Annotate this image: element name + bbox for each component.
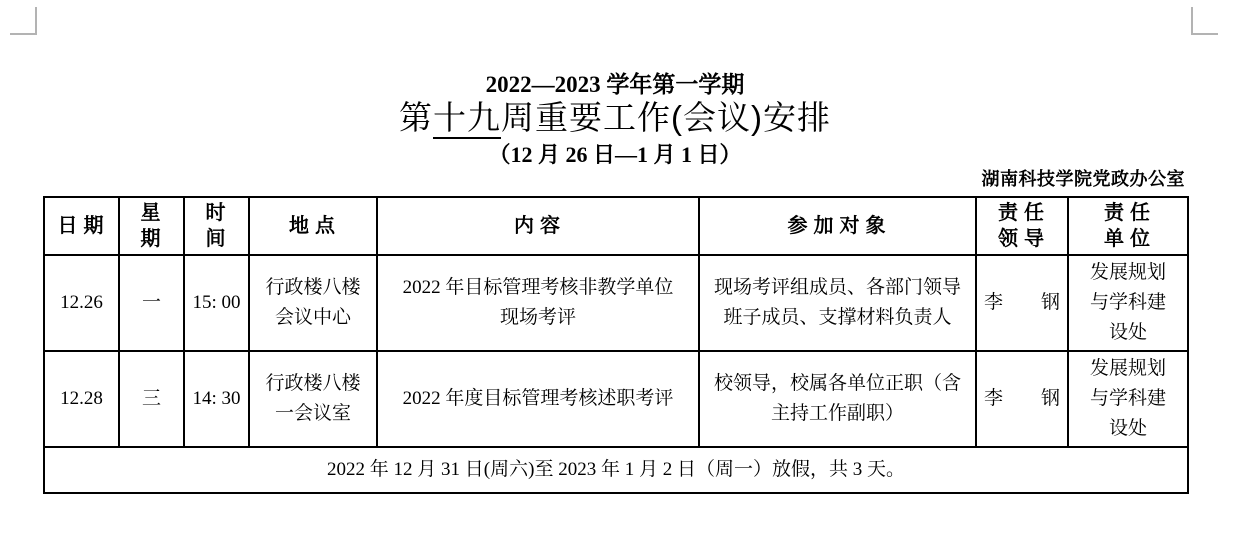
holiday-note: 2022 年 12 月 31 日(周六)至 2023 年 1 月 2 日（周一）… — [44, 447, 1188, 493]
col-header-time: 时间 — [184, 197, 249, 255]
page-title-prefix: 第 — [399, 99, 433, 136]
cell-date: 12.28 — [44, 351, 119, 447]
cell-content: 2022 年度目标管理考核述职考评 — [377, 351, 699, 447]
cell-date: 12.26 — [44, 255, 119, 351]
table-row: 12.26 一 15: 00 行政楼八楼 会议中心 2022 年目标管理考核非教… — [44, 255, 1188, 351]
document-page: 2022—2023 学年第一学期 第十九周重要工作(会议)安排 （12 月 26… — [0, 0, 1233, 558]
col-header-content: 内容 — [377, 197, 699, 255]
page-title: 第十九周重要工作(会议)安排 — [43, 92, 1187, 139]
table-header-row: 日期 星期 时间 地点 内容 参加对象 责任 领导 责任 单位 — [44, 197, 1188, 255]
cell-responsible-leader: 李 钢 — [976, 255, 1068, 351]
cell-responsible-unit: 发展规划 与学科建 设处 — [1068, 255, 1188, 351]
col-header-participants: 参加对象 — [699, 197, 976, 255]
cell-participants: 校领导，校属各单位正职（含 主持工作副职） — [699, 351, 976, 447]
col-header-location: 地点 — [249, 197, 377, 255]
cell-weekday: 一 — [119, 255, 184, 351]
cell-responsible-leader: 李 钢 — [976, 351, 1068, 447]
table-row: 12.28 三 14: 30 行政楼八楼 一会议室 2022 年度目标管理考核述… — [44, 351, 1188, 447]
col-header-responsible-leader: 责任 领导 — [976, 197, 1068, 255]
issuing-office: 湖南科技学院党政办公室 — [982, 165, 1186, 191]
page-title-week-number-underlined: 十九 — [433, 99, 501, 139]
cell-location: 行政楼八楼 一会议室 — [249, 351, 377, 447]
col-header-date: 日期 — [44, 197, 119, 255]
crop-mark-top-left-icon — [10, 7, 37, 35]
cell-time: 14: 30 — [184, 351, 249, 447]
page-title-suffix: 周重要工作(会议)安排 — [501, 99, 831, 136]
crop-mark-top-right-icon — [1191, 7, 1218, 35]
cell-time: 15: 00 — [184, 255, 249, 351]
cell-content: 2022 年目标管理考核非教学单位 现场考评 — [377, 255, 699, 351]
col-header-responsible-unit: 责任 单位 — [1068, 197, 1188, 255]
cell-participants: 现场考评组成员、各部门领导 班子成员、支撑材料负责人 — [699, 255, 976, 351]
cell-weekday: 三 — [119, 351, 184, 447]
holiday-note-row: 2022 年 12 月 31 日(周六)至 2023 年 1 月 2 日（周一）… — [44, 447, 1188, 493]
col-header-weekday: 星期 — [119, 197, 184, 255]
cell-location: 行政楼八楼 会议中心 — [249, 255, 377, 351]
schedule-table: 日期 星期 时间 地点 内容 参加对象 责任 领导 责任 单位 12.26 一 — [43, 196, 1189, 494]
cell-responsible-unit: 发展规划 与学科建 设处 — [1068, 351, 1188, 447]
